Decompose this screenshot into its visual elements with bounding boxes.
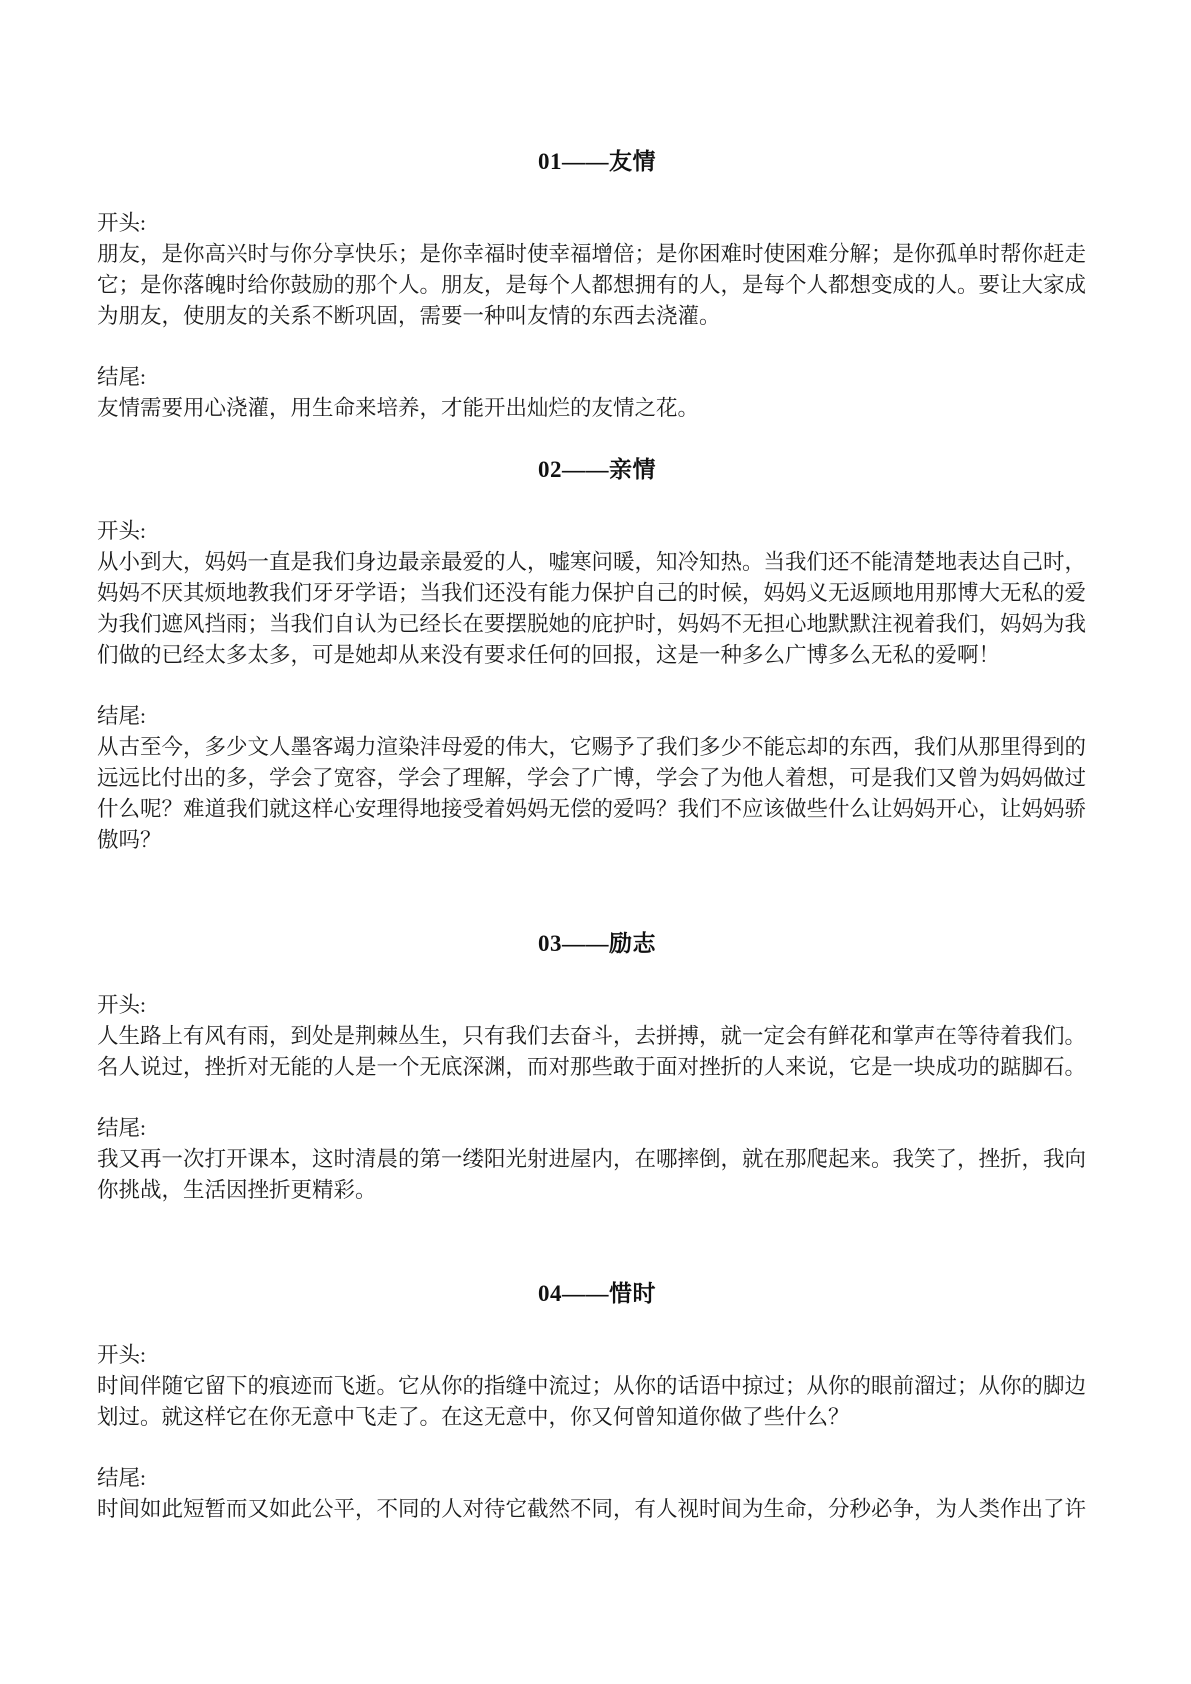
- opening-label: 开头:: [97, 1340, 1097, 1371]
- section-title: 02——亲情: [97, 454, 1097, 486]
- opening-label: 开头:: [97, 990, 1097, 1021]
- document-page: 01——友情 开头: 朋友，是你高兴时与你分享快乐；是你幸福时使幸福增倍；是你困…: [0, 0, 1191, 1684]
- opening-text: 时间伴随它留下的痕迹而飞逝。它从你的指缝中流过；从你的话语中掠过；从你的眼前溜过…: [97, 1371, 1097, 1433]
- ending-label: 结尾:: [97, 1113, 1097, 1144]
- ending-block: 结尾: 时间如此短暂而又如此公平，不同的人对待它截然不同，有人视时间为生命，分秒…: [97, 1463, 1097, 1525]
- opening-block: 开头: 时间伴随它留下的痕迹而飞逝。它从你的指缝中流过；从你的话语中掠过；从你的…: [97, 1340, 1097, 1433]
- opening-block: 开头: 从小到大，妈妈一直是我们身边最亲最爱的人，嘘寒问暖，知冷知热。当我们还不…: [97, 516, 1097, 671]
- section-inspiration: 03——励志 开头: 人生路上有风有雨，到处是荆棘丛生，只有我们去奋斗，去拼搏，…: [97, 928, 1097, 1206]
- section-family-love: 02——亲情 开头: 从小到大，妈妈一直是我们身边最亲最爱的人，嘘寒问暖，知冷知…: [97, 454, 1097, 856]
- ending-block: 结尾: 友情需要用心浇灌，用生命来培养，才能开出灿烂的友情之花。: [97, 362, 1097, 424]
- opening-block: 开头: 朋友，是你高兴时与你分享快乐；是你幸福时使幸福增倍；是你困难时使困难分解…: [97, 208, 1097, 332]
- ending-text: 从古至今，多少文人墨客竭力渲染沣母爱的伟大，它赐予了我们多少不能忘却的东西，我们…: [97, 732, 1097, 856]
- opening-text: 从小到大，妈妈一直是我们身边最亲最爱的人，嘘寒问暖，知冷知热。当我们还不能清楚地…: [97, 547, 1097, 671]
- ending-label: 结尾:: [97, 701, 1097, 732]
- opening-label: 开头:: [97, 516, 1097, 547]
- opening-text: 朋友，是你高兴时与你分享快乐；是你幸福时使幸福增倍；是你困难时使困难分解；是你孤…: [97, 239, 1097, 332]
- section-cherish-time: 04——惜时 开头: 时间伴随它留下的痕迹而飞逝。它从你的指缝中流过；从你的话语…: [97, 1278, 1097, 1525]
- section-friendship: 01——友情 开头: 朋友，是你高兴时与你分享快乐；是你幸福时使幸福增倍；是你困…: [97, 146, 1097, 424]
- section-title: 01——友情: [97, 146, 1097, 178]
- ending-label: 结尾:: [97, 1463, 1097, 1494]
- opening-label: 开头:: [97, 208, 1097, 239]
- section-title: 04——惜时: [97, 1278, 1097, 1310]
- ending-block: 结尾: 我又再一次打开课本，这时清晨的第一缕阳光射进屋内，在哪摔倒，就在那爬起来…: [97, 1113, 1097, 1206]
- opening-text: 人生路上有风有雨，到处是荆棘丛生，只有我们去奋斗，去拼搏，就一定会有鲜花和掌声在…: [97, 1021, 1097, 1083]
- ending-text: 我又再一次打开课本，这时清晨的第一缕阳光射进屋内，在哪摔倒，就在那爬起来。我笑了…: [97, 1144, 1097, 1206]
- ending-label: 结尾:: [97, 362, 1097, 393]
- opening-block: 开头: 人生路上有风有雨，到处是荆棘丛生，只有我们去奋斗，去拼搏，就一定会有鲜花…: [97, 990, 1097, 1083]
- section-title: 03——励志: [97, 928, 1097, 960]
- ending-text: 友情需要用心浇灌，用生命来培养，才能开出灿烂的友情之花。: [97, 393, 1097, 424]
- ending-block: 结尾: 从古至今，多少文人墨客竭力渲染沣母爱的伟大，它赐予了我们多少不能忘却的东…: [97, 701, 1097, 856]
- ending-text: 时间如此短暂而又如此公平，不同的人对待它截然不同，有人视时间为生命，分秒必争，为…: [97, 1494, 1097, 1525]
